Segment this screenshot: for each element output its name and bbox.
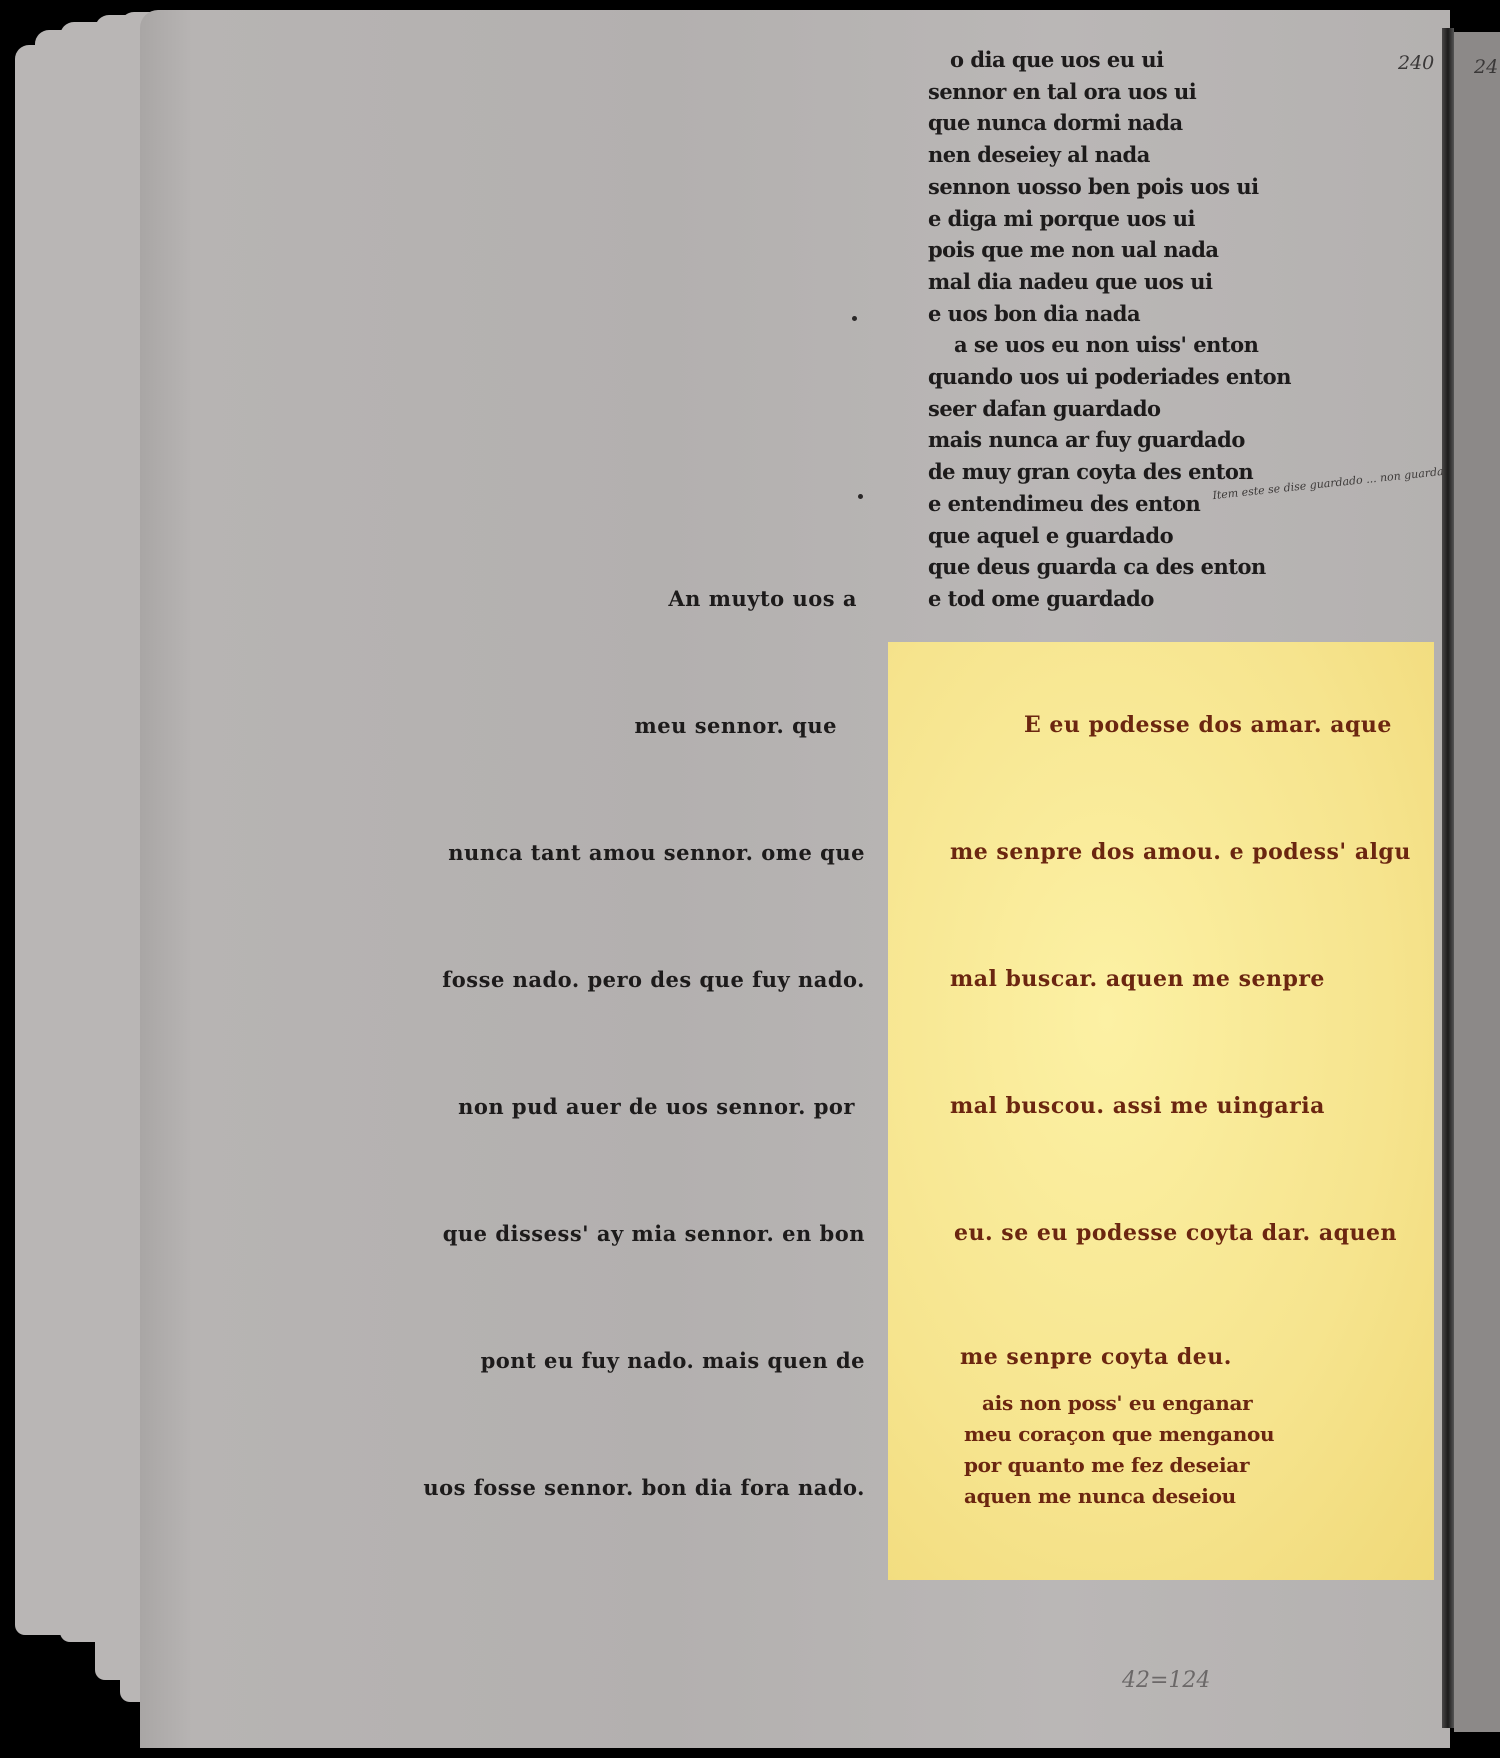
- highlighted-line: E eu podesse dos amar. aque: [1024, 712, 1392, 738]
- stanza-line: por quanto me fez deseiar: [964, 1450, 1274, 1481]
- verse-line: nen deseiey al nada: [928, 139, 1291, 171]
- highlighted-line: me senpre dos amou. e podess' algu: [950, 839, 1411, 865]
- verse-line: sennon uosso ben pois uos ui: [928, 171, 1291, 203]
- highlighted-line: mal buscou. assi me uingaria: [950, 1093, 1325, 1119]
- text-line: pont eu fuy nado. mais quen de: [481, 1348, 865, 1373]
- text-line: uos fosse sennor. bon dia fora nado.: [423, 1475, 865, 1500]
- stanza-line: aquen me nunca deseiou: [964, 1481, 1274, 1512]
- text-line: non pud auer de uos sennor. por: [458, 1094, 855, 1119]
- text-line: meu sennor. que: [635, 713, 837, 738]
- verse-line: quando uos ui poderiades enton: [928, 361, 1291, 393]
- text-line: An muyto uos a: [668, 586, 857, 611]
- text-line: fosse nado. pero des que fuy nado.: [442, 967, 865, 992]
- verse-line: mais nunca ar fuy guardado: [928, 424, 1291, 456]
- next-folio-number: 24: [1474, 56, 1498, 78]
- verse-line: sennor en tal ora uos ui: [928, 76, 1291, 108]
- verse-line: e diga mi porque uos ui: [928, 203, 1291, 235]
- verse-line: mal dia nadeu que uos ui: [928, 266, 1291, 298]
- highlighted-region: E eu podesse dos amar. aque me senpre do…: [888, 642, 1434, 1580]
- verse-line: e tod ome guardado: [928, 583, 1291, 615]
- margin-mark: [858, 494, 863, 499]
- verse-line: que deus guarda ca des enton: [928, 551, 1291, 583]
- right-column-verse: o dia que uos eu ui sennor en tal ora uo…: [928, 44, 1291, 615]
- highlighted-line: mal buscar. aquen me senpre: [950, 966, 1325, 992]
- text-line: nunca tant amou sennor. ome que: [448, 840, 865, 865]
- facing-page-edge: [1454, 32, 1500, 1732]
- verse-line: e uos bon dia nada: [928, 298, 1291, 330]
- verse-line: seer dafan guardado: [928, 393, 1291, 425]
- highlighted-stanza: ais non poss' eu enganar meu coraçon que…: [964, 1388, 1274, 1512]
- text-line: que dissess' ay mia sennor. en bon: [443, 1221, 865, 1246]
- stanza-line: meu coraçon que menganou: [964, 1419, 1274, 1450]
- highlighted-line: me senpre coyta deu.: [960, 1344, 1232, 1370]
- bottom-foliation: 42=124: [1122, 1668, 1210, 1693]
- verse-line: pois que me non ual nada: [928, 234, 1291, 266]
- verse-line: de muy gran coyta des enton: [928, 456, 1291, 488]
- verse-line: que aquel e guardado: [928, 520, 1291, 552]
- folio-number: 240: [1398, 52, 1434, 74]
- verse-line: o dia que uos eu ui: [928, 44, 1291, 76]
- verse-line: a se uos eu non uiss' enton: [928, 329, 1291, 361]
- verse-line: que nunca dormi nada: [928, 107, 1291, 139]
- stanza-line: ais non poss' eu enganar: [964, 1388, 1274, 1419]
- highlighted-line: eu. se eu podesse coyta dar. aquen: [954, 1220, 1397, 1246]
- left-column-text: An muyto uos a meu sennor. que nunca tan…: [440, 586, 865, 1546]
- book-gutter: [1442, 28, 1454, 1728]
- margin-mark: [852, 316, 857, 321]
